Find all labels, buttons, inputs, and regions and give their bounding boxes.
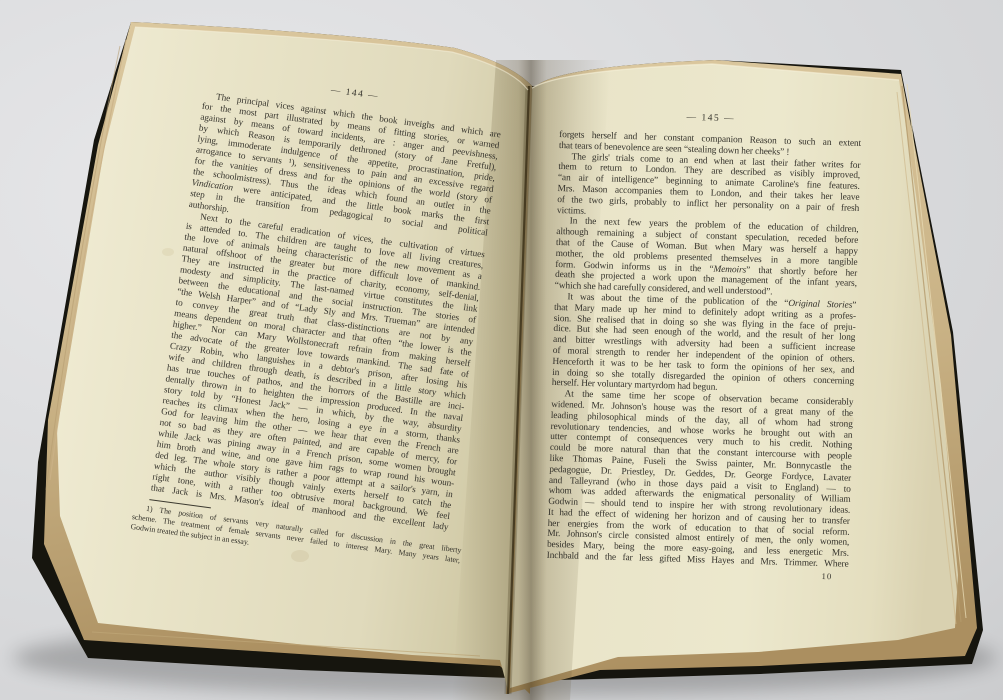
left-page-text: — 144 — The principal vices against whic… bbox=[145, 68, 504, 573]
right-page-body: forgets herself and her constant compani… bbox=[547, 130, 862, 571]
book-photo: — 144 — The principal vices against whic… bbox=[0, 0, 1003, 700]
right-page-text: — 145 — forgets herself and her constant… bbox=[546, 108, 862, 582]
left-page-body: The principal vices against which the bo… bbox=[150, 90, 501, 533]
foxing-spot bbox=[162, 248, 174, 256]
